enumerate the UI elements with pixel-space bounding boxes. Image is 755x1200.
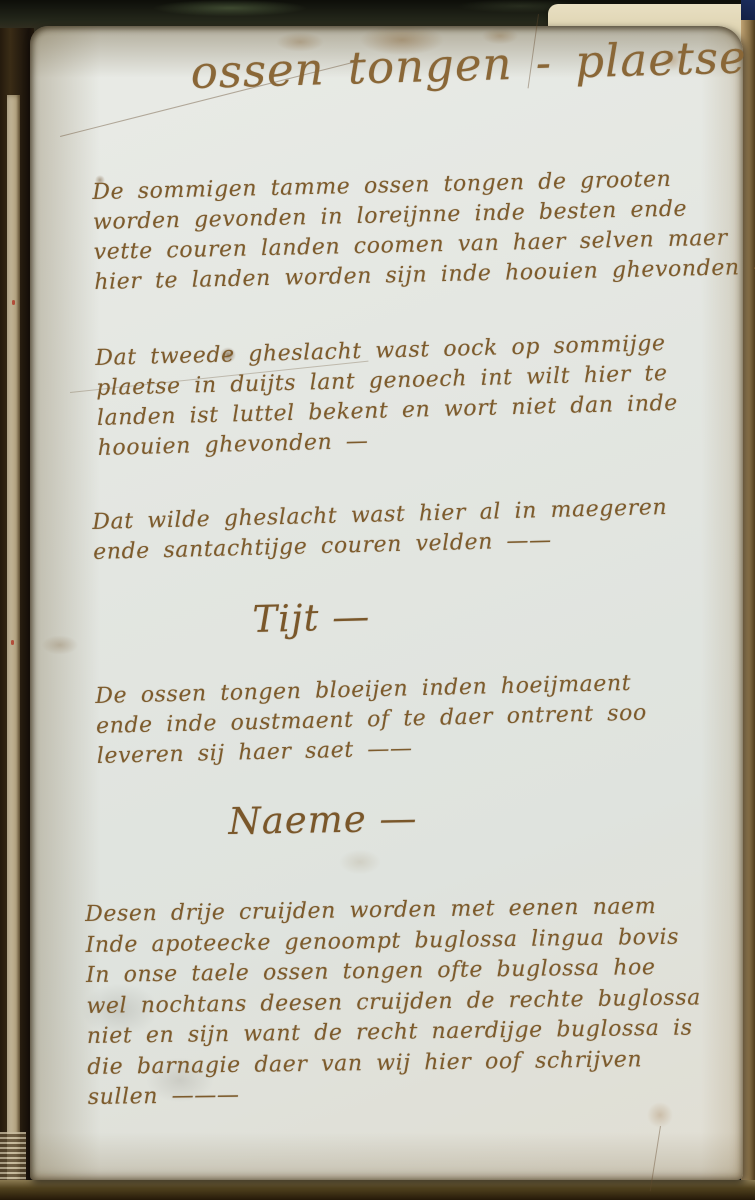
paragraph-bloom-time: De ossen tongen bloeijen inden hoeijmaen…	[95, 669, 648, 772]
paragraph-habitat-tame: De sommigen tamme ossen tongen de groote…	[92, 163, 755, 298]
book-bottom-edge	[0, 1180, 755, 1200]
page-edges-strip	[7, 95, 20, 1200]
manuscript-photo: ossen tongen - plaetse De sommigen tamme…	[0, 0, 755, 1200]
section-heading-tijt: Tijt —	[252, 595, 371, 641]
section-heading-naeme: Naeme —	[228, 797, 418, 843]
paragraph-second-kind: Dat tweede gheslacht wast oock op sommij…	[95, 329, 679, 464]
page-edge-mark	[11, 640, 14, 645]
paragraph-names: Desen drije cruijden worden met eenen na…	[85, 891, 702, 1113]
page-edge-mark	[12, 300, 15, 305]
